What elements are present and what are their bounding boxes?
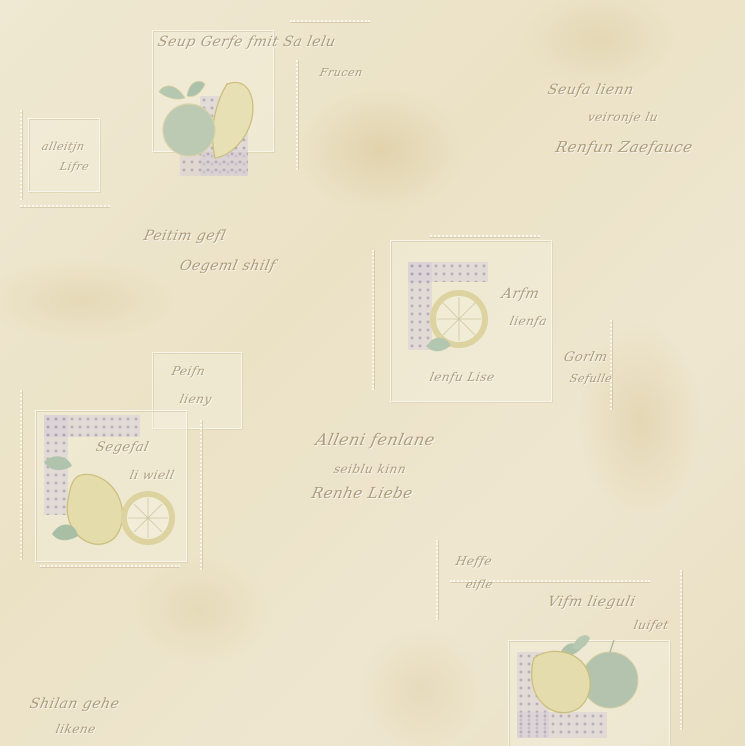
script-text: Gorlm: [562, 350, 609, 365]
emboss-stroke: [430, 235, 540, 237]
script-text: Renfun Zaefauce: [554, 138, 694, 156]
script-text: Segefal: [94, 440, 150, 455]
script-text: Alleni fenlane: [314, 430, 437, 449]
script-text: lienfa: [509, 314, 549, 328]
script-text: Seufa lienn: [546, 82, 635, 98]
script-text: Shilan gehe: [28, 696, 121, 712]
script-text: Seup Gerfe fmit Sa lelu: [156, 34, 337, 50]
script-text: likene: [55, 722, 98, 736]
apple-lemon-motif: [155, 70, 265, 170]
emboss-stroke: [610, 320, 612, 410]
script-text: li wiell: [129, 468, 176, 482]
emboss-stroke: [20, 110, 22, 200]
emboss-stroke: [290, 20, 370, 22]
lemon-apple-motif: [530, 628, 650, 728]
emboss-stroke: [372, 250, 374, 390]
script-text: Frucen: [319, 66, 364, 79]
script-text: Sefulle: [569, 372, 614, 385]
script-text: Peitim gefl: [142, 228, 227, 244]
script-text: lieny: [179, 392, 214, 406]
panel-top-left-small: [28, 118, 100, 192]
script-text: Heffe: [455, 554, 494, 568]
script-text: lenfu Lise: [429, 370, 497, 384]
script-text: Lifre: [59, 160, 91, 173]
emboss-stroke: [436, 540, 438, 620]
emboss-stroke: [680, 570, 682, 730]
script-text: seiblu kinn: [333, 462, 408, 476]
emboss-stroke: [296, 60, 298, 170]
script-text: eifle: [465, 578, 494, 591]
script-text: veironje lu: [587, 110, 660, 124]
script-text: luifet: [633, 618, 671, 632]
emboss-stroke: [40, 565, 180, 567]
wallpaper-canvas: Seup Gerfe fmit Sa lelu Frucen Seufa lie…: [0, 0, 745, 746]
lemon-slice-motif: [425, 285, 495, 355]
emboss-stroke: [20, 205, 110, 207]
emboss-stroke: [20, 390, 22, 560]
script-text: alleitjn: [41, 140, 86, 153]
script-text: Oegeml shilf: [178, 258, 277, 274]
lemon-and-slice-motif: [38, 450, 188, 560]
script-text: Arfm: [500, 286, 541, 302]
emboss-stroke: [200, 420, 202, 570]
script-text: Vifm lieguli: [546, 594, 637, 610]
script-text: Peifn: [171, 364, 207, 378]
script-text: Renhe Liebe: [310, 484, 415, 502]
